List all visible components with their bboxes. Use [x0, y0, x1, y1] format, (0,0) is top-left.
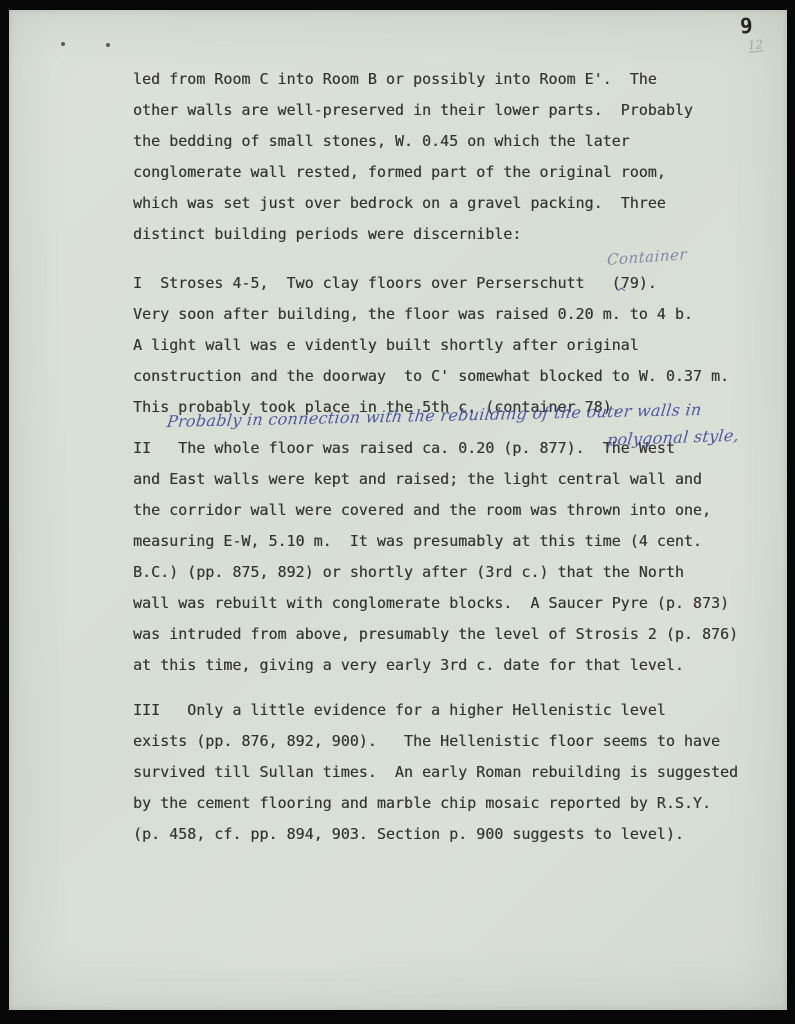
- typed-line: the corridor wall were covered and the r…: [133, 495, 788, 526]
- paragraph-intro: led from Room C into Room B or possibly …: [133, 64, 788, 250]
- page-number: 9: [740, 14, 753, 38]
- typed-line: at this time, giving a very early 3rd c.…: [133, 650, 788, 681]
- typed-line: Very soon after building, the floor was …: [133, 299, 788, 330]
- typed-line: conglomerate wall rested, formed part of…: [133, 157, 788, 188]
- typed-line: and East walls were kept and raised; the…: [133, 464, 788, 495]
- typed-line: wall was rebuilt with conglomerate block…: [133, 588, 788, 619]
- typed-line: other walls are well-preserved in their …: [133, 95, 788, 126]
- page-number-handwritten-annotation: 12: [747, 38, 764, 53]
- typed-line: by the cement flooring and marble chip m…: [133, 788, 788, 819]
- scanned-photo-background: 9 12 led from Room C into Room B or poss…: [0, 0, 795, 1024]
- typed-line: A light wall was e vidently built shortl…: [133, 330, 788, 361]
- typed-line: was intruded from above, presumably the …: [133, 619, 788, 650]
- handwritten-caret-mark: ^: [616, 287, 627, 301]
- paragraph-period-3: III Only a little evidence for a higher …: [133, 695, 788, 850]
- typed-line: led from Room C into Room B or possibly …: [133, 64, 788, 95]
- punch-hole-left: [61, 42, 65, 46]
- typed-line: III Only a little evidence for a higher …: [133, 695, 788, 726]
- punch-hole-right: [106, 43, 110, 47]
- typed-line: (p. 458, cf. pp. 894, 903. Section p. 90…: [133, 819, 788, 850]
- typed-line: exists (pp. 876, 892, 900). The Hellenis…: [133, 726, 788, 757]
- typed-line: distinct building periods were discernib…: [133, 219, 788, 250]
- typed-line: measuring E-W, 5.10 m. It was presumably…: [133, 526, 788, 557]
- typed-line: I Stroses 4-5, Two clay floors over Pers…: [133, 268, 788, 299]
- typed-line: which was set just over bedrock on a gra…: [133, 188, 788, 219]
- paragraph-period-2: II The whole floor was raised ca. 0.20 (…: [133, 433, 788, 681]
- typed-line: the bedding of small stones, W. 0.45 on …: [133, 126, 788, 157]
- document-page: 9 12 led from Room C into Room B or poss…: [9, 10, 787, 1010]
- typed-line: construction and the doorway to C' somew…: [133, 361, 788, 392]
- typed-line: B.C.) (pp. 875, 892) or shortly after (3…: [133, 557, 788, 588]
- typed-text-block: led from Room C into Room B or possibly …: [133, 64, 788, 850]
- typed-line: survived till Sullan times. An early Rom…: [133, 757, 788, 788]
